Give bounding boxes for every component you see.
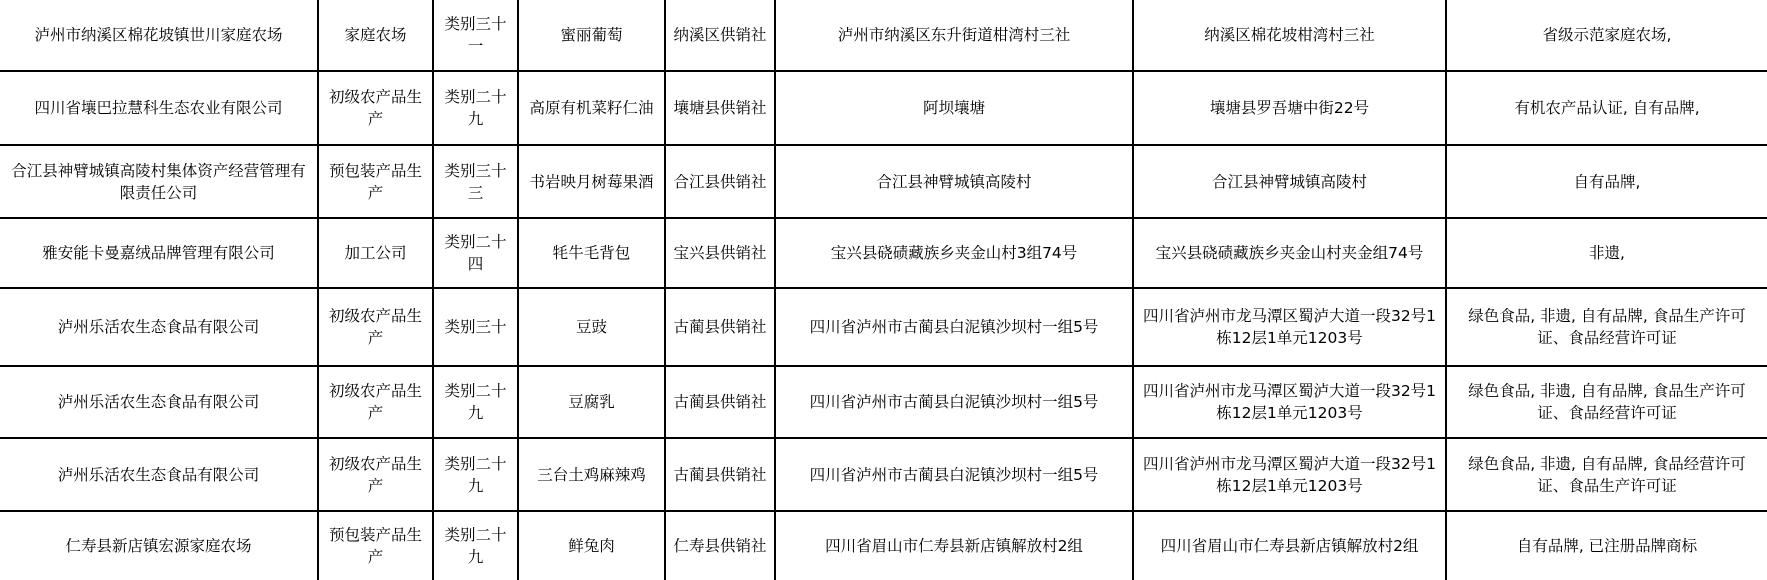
table-row: 仁寿县新店镇宏源家庭农场预包装产品生产类别二十九鲜兔肉仁寿县供销社四川省眉山市仁… [0, 511, 1767, 580]
cell-supply-cooperative: 古蔺县供销社 [665, 438, 775, 511]
cell-registered-address: 四川省泸州市龙马潭区蜀泸大道一段32号1栋12层1单元1203号 [1133, 288, 1446, 366]
table-row: 泸州市纳溪区棉花坡镇世川家庭农场家庭农场类别三十一蜜丽葡萄纳溪区供销社泸州市纳溪… [0, 0, 1767, 71]
cell-certifications: 自有品牌, [1446, 145, 1767, 218]
cell-certifications: 省级示范家庭农场, [1446, 0, 1767, 71]
cell-entity-type: 初级农产品生产 [318, 288, 433, 366]
table-row: 泸州乐活农生态食品有限公司初级农产品生产类别二十九三台土鸡麻辣鸡古蔺县供销社四川… [0, 438, 1767, 511]
cell-product-name: 豆豉 [518, 288, 665, 366]
cell-registered-address: 壤塘县罗吾塘中街22号 [1133, 71, 1446, 145]
cell-entity-type: 加工公司 [318, 218, 433, 288]
cell-category: 类别二十四 [433, 218, 518, 288]
cell-category: 类别二十九 [433, 438, 518, 511]
table-row: 泸州乐活农生态食品有限公司初级农产品生产类别二十九豆腐乳古蔺县供销社四川省泸州市… [0, 366, 1767, 438]
cell-production-address: 四川省眉山市仁寿县新店镇解放村2组 [775, 511, 1133, 580]
cell-supply-cooperative: 仁寿县供销社 [665, 511, 775, 580]
cell-company-name: 合江县神臂城镇高陵村集体资产经营管理有限责任公司 [0, 145, 318, 218]
cell-entity-type: 预包装产品生产 [318, 145, 433, 218]
cell-product-name: 书岩映月树莓果酒 [518, 145, 665, 218]
cell-production-address: 四川省泸州市古蔺县白泥镇沙坝村一组5号 [775, 288, 1133, 366]
cell-entity-type: 家庭农场 [318, 0, 433, 71]
cell-certifications: 自有品牌, 已注册品牌商标 [1446, 511, 1767, 580]
cell-company-name: 泸州乐活农生态食品有限公司 [0, 366, 318, 438]
cell-category: 类别三十一 [433, 0, 518, 71]
cell-production-address: 阿坝壤塘 [775, 71, 1133, 145]
cell-production-address: 合江县神臂城镇高陵村 [775, 145, 1133, 218]
cell-certifications: 有机农产品认证, 自有品牌, [1446, 71, 1767, 145]
cell-production-address: 泸州市纳溪区东升街道柑湾村三社 [775, 0, 1133, 71]
cell-entity-type: 初级农产品生产 [318, 71, 433, 145]
cell-company-name: 泸州市纳溪区棉花坡镇世川家庭农场 [0, 0, 318, 71]
cell-category: 类别二十九 [433, 511, 518, 580]
cell-product-name: 牦牛毛背包 [518, 218, 665, 288]
cell-company-name: 泸州乐活农生态食品有限公司 [0, 438, 318, 511]
cell-product-name: 高原有机菜籽仁油 [518, 71, 665, 145]
cell-supply-cooperative: 壤塘县供销社 [665, 71, 775, 145]
cell-registered-address: 纳溪区棉花坡柑湾村三社 [1133, 0, 1446, 71]
cell-registered-address: 四川省泸州市龙马潭区蜀泸大道一段32号1栋12层1单元1203号 [1133, 366, 1446, 438]
table-viewport: 泸州市纳溪区棉花坡镇世川家庭农场家庭农场类别三十一蜜丽葡萄纳溪区供销社泸州市纳溪… [0, 0, 1767, 580]
cell-supply-cooperative: 宝兴县供销社 [665, 218, 775, 288]
cell-production-address: 宝兴县硗碛藏族乡夹金山村3组74号 [775, 218, 1133, 288]
cell-certifications: 绿色食品, 非遗, 自有品牌, 食品生产许可证、食品经营许可证 [1446, 366, 1767, 438]
data-table: 泸州市纳溪区棉花坡镇世川家庭农场家庭农场类别三十一蜜丽葡萄纳溪区供销社泸州市纳溪… [0, 0, 1767, 580]
cell-product-name: 鲜兔肉 [518, 511, 665, 580]
cell-supply-cooperative: 纳溪区供销社 [665, 0, 775, 71]
cell-production-address: 四川省泸州市古蔺县白泥镇沙坝村一组5号 [775, 438, 1133, 511]
table-row: 泸州乐活农生态食品有限公司初级农产品生产类别三十豆豉古蔺县供销社四川省泸州市古蔺… [0, 288, 1767, 366]
cell-entity-type: 预包装产品生产 [318, 511, 433, 580]
cell-company-name: 雅安能卡曼嘉绒品牌管理有限公司 [0, 218, 318, 288]
cell-supply-cooperative: 古蔺县供销社 [665, 366, 775, 438]
cell-company-name: 泸州乐活农生态食品有限公司 [0, 288, 318, 366]
cell-category: 类别三十三 [433, 145, 518, 218]
cell-registered-address: 宝兴县硗碛藏族乡夹金山村夹金组74号 [1133, 218, 1446, 288]
table-row: 雅安能卡曼嘉绒品牌管理有限公司加工公司类别二十四牦牛毛背包宝兴县供销社宝兴县硗碛… [0, 218, 1767, 288]
cell-entity-type: 初级农产品生产 [318, 366, 433, 438]
cell-entity-type: 初级农产品生产 [318, 438, 433, 511]
cell-supply-cooperative: 合江县供销社 [665, 145, 775, 218]
cell-production-address: 四川省泸州市古蔺县白泥镇沙坝村一组5号 [775, 366, 1133, 438]
cell-category: 类别二十九 [433, 71, 518, 145]
cell-category: 类别二十九 [433, 366, 518, 438]
cell-product-name: 蜜丽葡萄 [518, 0, 665, 71]
cell-registered-address: 四川省泸州市龙马潭区蜀泸大道一段32号1栋12层1单元1203号 [1133, 438, 1446, 511]
cell-registered-address: 合江县神臂城镇高陵村 [1133, 145, 1446, 218]
cell-product-name: 豆腐乳 [518, 366, 665, 438]
cell-supply-cooperative: 古蔺县供销社 [665, 288, 775, 366]
cell-certifications: 绿色食品, 非遗, 自有品牌, 食品经营许可证、食品生产许可证 [1446, 438, 1767, 511]
cell-product-name: 三台土鸡麻辣鸡 [518, 438, 665, 511]
cell-company-name: 四川省壤巴拉慧科生态农业有限公司 [0, 71, 318, 145]
cell-certifications: 非遗, [1446, 218, 1767, 288]
table-row: 合江县神臂城镇高陵村集体资产经营管理有限责任公司预包装产品生产类别三十三书岩映月… [0, 145, 1767, 218]
cell-category: 类别三十 [433, 288, 518, 366]
cell-company-name: 仁寿县新店镇宏源家庭农场 [0, 511, 318, 580]
table-row: 四川省壤巴拉慧科生态农业有限公司初级农产品生产类别二十九高原有机菜籽仁油壤塘县供… [0, 71, 1767, 145]
cell-certifications: 绿色食品, 非遗, 自有品牌, 食品生产许可证、食品经营许可证 [1446, 288, 1767, 366]
cell-registered-address: 四川省眉山市仁寿县新店镇解放村2组 [1133, 511, 1446, 580]
